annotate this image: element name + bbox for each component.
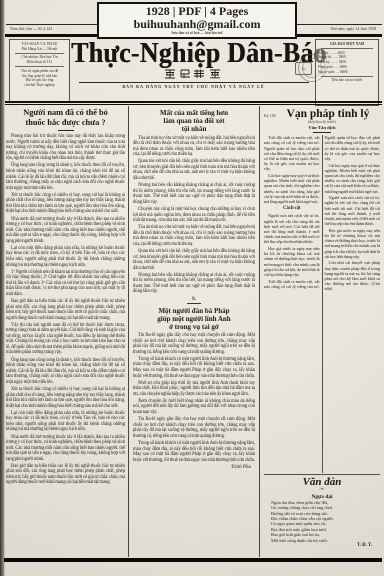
headline-line: Một người đàn bà Pháp (133, 307, 255, 315)
middle-article1-body: Tòa án tỉnh nọ vừa xử một vụ kiện về ruộ… (133, 136, 255, 295)
body-paragraph: Ông lang nào cũng xưng là danh y, bốc th… (6, 358, 125, 386)
body-paragraph: Học giả nước ta ngày nay nên bỏ lối từ c… (264, 246, 320, 277)
column-left: Người nam đã có thể bỏ thuốc bắc được ch… (5, 106, 128, 557)
body-paragraph: Vậy thì câu hỏi người nam đã có thể bỏ t… (6, 323, 125, 356)
price-note: Tiền báo xin trả trước (318, 78, 376, 83)
van-dan-section: Văn đàn -*- Ngựa dại Ngựa dại đua chen g… (264, 474, 380, 557)
box-divider (321, 48, 373, 49)
body-paragraph: Ông lang nào cũng xưng là danh y, bốc th… (6, 163, 125, 191)
headline-line: Người nam đã có thể bỏ (6, 108, 125, 118)
overlay-subline: Sưu tầm và số hóa — bản lưu trữ (101, 31, 293, 35)
body-paragraph: Tòa án tỉnh nọ vừa xử một vụ kiện về ruộ… (133, 225, 255, 247)
dateline-date: Thứ năm, ngày 14 Juin 1928 (330, 26, 376, 31)
publication-schedule: BÁN RA HẰNG NGÀY TRỪ CHỦ NHẬT VÀ NGÀY LỄ (71, 84, 316, 89)
body-paragraph: Nhưng hai bên vẫn khăng khăng chẳng ai c… (133, 273, 255, 295)
headline-line: giúp một người lính Anh (133, 315, 255, 323)
body-paragraph: Người xưa nói cách vật trí tri, nghĩa là… (264, 213, 320, 244)
tagline-rule (79, 82, 309, 83)
masthead: TÒA SOẠN VÀ TRỊ SỰ Phố Hàng Gai — Hà-nội… (5, 38, 382, 104)
body-paragraph: Cái học ngày nay quý ở sự thực nghiệm. M… (264, 173, 320, 204)
box-divider (321, 76, 373, 77)
right-article-body: Trời đất sinh ra muôn vật, vật nào cũng … (264, 135, 380, 473)
headline-line: Mất của mất tiếng hơn (133, 109, 255, 117)
body-paragraph: Quan tòa xét hỏi cặn kẽ, thấy giấy má ha… (133, 159, 255, 181)
body-paragraph: Trời đất sinh ra muôn vật, vật nào cũng … (264, 135, 320, 171)
body-paragraph: Lại còn một điều đáng phàn nàn nữa, là n… (6, 246, 125, 268)
body-paragraph: Chuyện này cũng là một bài học chung cho… (133, 207, 255, 224)
box-divider (15, 53, 64, 54)
price-line: Ngoại-quốc .... 8$00 (318, 70, 376, 75)
body-paragraph: Trong số hành khách có một người lính An… (133, 441, 255, 463)
dateline-issue: Năm thứ chín — Số 2.143 (10, 26, 52, 31)
publisher-info-box: TÒA SOẠN VÀ TRỊ SỰ Phố Hàng Gai — Hà-nội… (9, 39, 70, 102)
body-paragraph: Trong số hành khách có một người lính An… (133, 357, 255, 379)
body-paragraph: 1º Người có bệnh nên đi khám tại nhà thư… (6, 270, 125, 298)
body-paragraph: Nhà nước đã mở trường thuốc tây ở Hà thà… (6, 435, 125, 463)
headline-line: ở trong vụ tai gở (133, 323, 255, 331)
body-paragraph: Bao giờ dân ta hiểu thấu các lẽ ấy thì n… (6, 299, 125, 321)
masthead-double-rule (5, 101, 382, 104)
headline-line: thuốc bắc được chưa ? (6, 118, 125, 128)
body-paragraph: Học giả nước ta ngày nay nên bỏ lối từ c… (325, 228, 381, 259)
newspaper-scan-page: { "overlay": { "line1": "1928 | PDF | 4 … (0, 0, 384, 576)
headline-line: tội nhân (133, 125, 255, 133)
chinese-title-glyphs (71, 68, 316, 80)
box-divider (15, 66, 64, 67)
left-article-headline: Người nam đã có thể bỏ thuốc bắc được ch… (6, 108, 125, 128)
middle-article2-headline: Một người đàn bà Pháp giúp một người lín… (133, 307, 255, 332)
overlay-email: buihuuhanh@gmail.com (101, 18, 293, 31)
body-paragraph: Người xưa nói cách vật trí tri, nghĩa là… (325, 195, 381, 226)
translator-credit: Văn-Tân dịch (264, 125, 380, 131)
headline-divider (58, 130, 74, 131)
article-divider (187, 303, 201, 304)
right-article-header: Kỳ 105 Vạn pháp tinh lý (264, 108, 380, 120)
middle-article1-headline: Mất của mất tiếng hơn làm quan tòa đổi x… (133, 109, 255, 134)
article-columns: Người nam đã có thể bỏ thuốc bắc được ch… (5, 106, 381, 557)
digitizer-overlay-box: 1928 | PDF | 4 Pages buihuuhanh@gmail.co… (97, 2, 297, 39)
poem-signature: T. Đ. T. (264, 543, 380, 548)
left-article-body: Phong trào bài trừ thuốc bắc dạo này đã … (6, 134, 125, 486)
body-paragraph: Phong trào bài trừ thuốc bắc dạo này đã … (6, 134, 125, 162)
body-paragraph: Bao giờ dân ta hiểu thấu các lẽ ấy thì n… (6, 464, 125, 486)
body-paragraph: Lại còn một điều đáng phàn nàn nữa, là n… (6, 411, 125, 433)
newspaper-title: Thực-Nghiệp Dân-Báo (71, 38, 316, 67)
body-paragraph: Tòa án tỉnh nọ vừa xử một vụ kiện về ruộ… (133, 136, 255, 158)
column-right: Kỳ 105 Vạn pháp tinh lý (tiếp theo kỳ tr… (259, 106, 381, 557)
headline-line: làm quan tòa đổi xét (133, 117, 255, 125)
van-dan-title: Văn đàn (264, 477, 380, 489)
headline-divider (313, 132, 331, 133)
body-paragraph: Xét ra thuốc bắc cũng có nhiều vị hay, s… (6, 387, 125, 409)
subscription-price-box: GIÁ BÁO MỘT NĂM Bắc-kỳ ........ 4$50 Tru… (315, 39, 379, 106)
inline-subhead: Cách vật (264, 206, 320, 211)
body-paragraph: Tin Ba-lê ngày gần đây cho hay một chuyệ… (133, 333, 255, 355)
body-paragraph: Nhà nước đã mở trường thuốc tây ở Hà thà… (6, 217, 125, 245)
body-paragraph: Còn như cái thuyết vạn pháp duy tâm, muô… (325, 260, 381, 291)
price-header: GIÁ BÁO MỘT NĂM (318, 42, 376, 47)
bottom-thick-rule (4, 558, 382, 562)
masthead-center: Thực-Nghiệp Dân-Báo BÁN RA HẰNG NGÀY TRỪ… (71, 38, 316, 89)
body-paragraph: Nhưng hai bên vẫn khăng khăng chẳng ai c… (133, 183, 255, 205)
publisher-line: Phố Hàng Gai — Hà-nội (12, 47, 67, 52)
article-signature: Trịnh Phu (133, 465, 251, 470)
body-paragraph: Nhờ sự cứu giúp kịp thời ấy mà người lín… (133, 381, 255, 398)
column-middle: Mất của mất tiếng hơn làm quan tòa đổi x… (128, 106, 259, 557)
body-paragraph: Quan tòa xét hỏi cặn kẽ, thấy giấy má ha… (133, 249, 255, 271)
body-paragraph: Xem chuyện ấy mới biết lòng nhân ái khôn… (133, 399, 255, 416)
publisher-line: Điện thoại số 131 (12, 60, 67, 65)
body-paragraph: Xét ra thuốc bắc cũng có nhiều vị hay, s… (6, 193, 125, 215)
serial-kicker: Kỳ 105 (264, 113, 276, 118)
right-article-headline: Vạn pháp tinh lý (276, 108, 380, 120)
publisher-line: chủ-bút Thực-nghiệp (12, 83, 67, 88)
middle-article2-body: Tin Ba-lê ngày gần đây cho hay một chuyệ… (133, 333, 255, 463)
body-paragraph: Cái học ngày nay quý ở sự thực nghiệm. M… (325, 163, 381, 194)
body-paragraph: Tin Ba-lê ngày gần đây cho hay một chuyệ… (133, 417, 255, 439)
article-signature: S. (133, 297, 255, 302)
